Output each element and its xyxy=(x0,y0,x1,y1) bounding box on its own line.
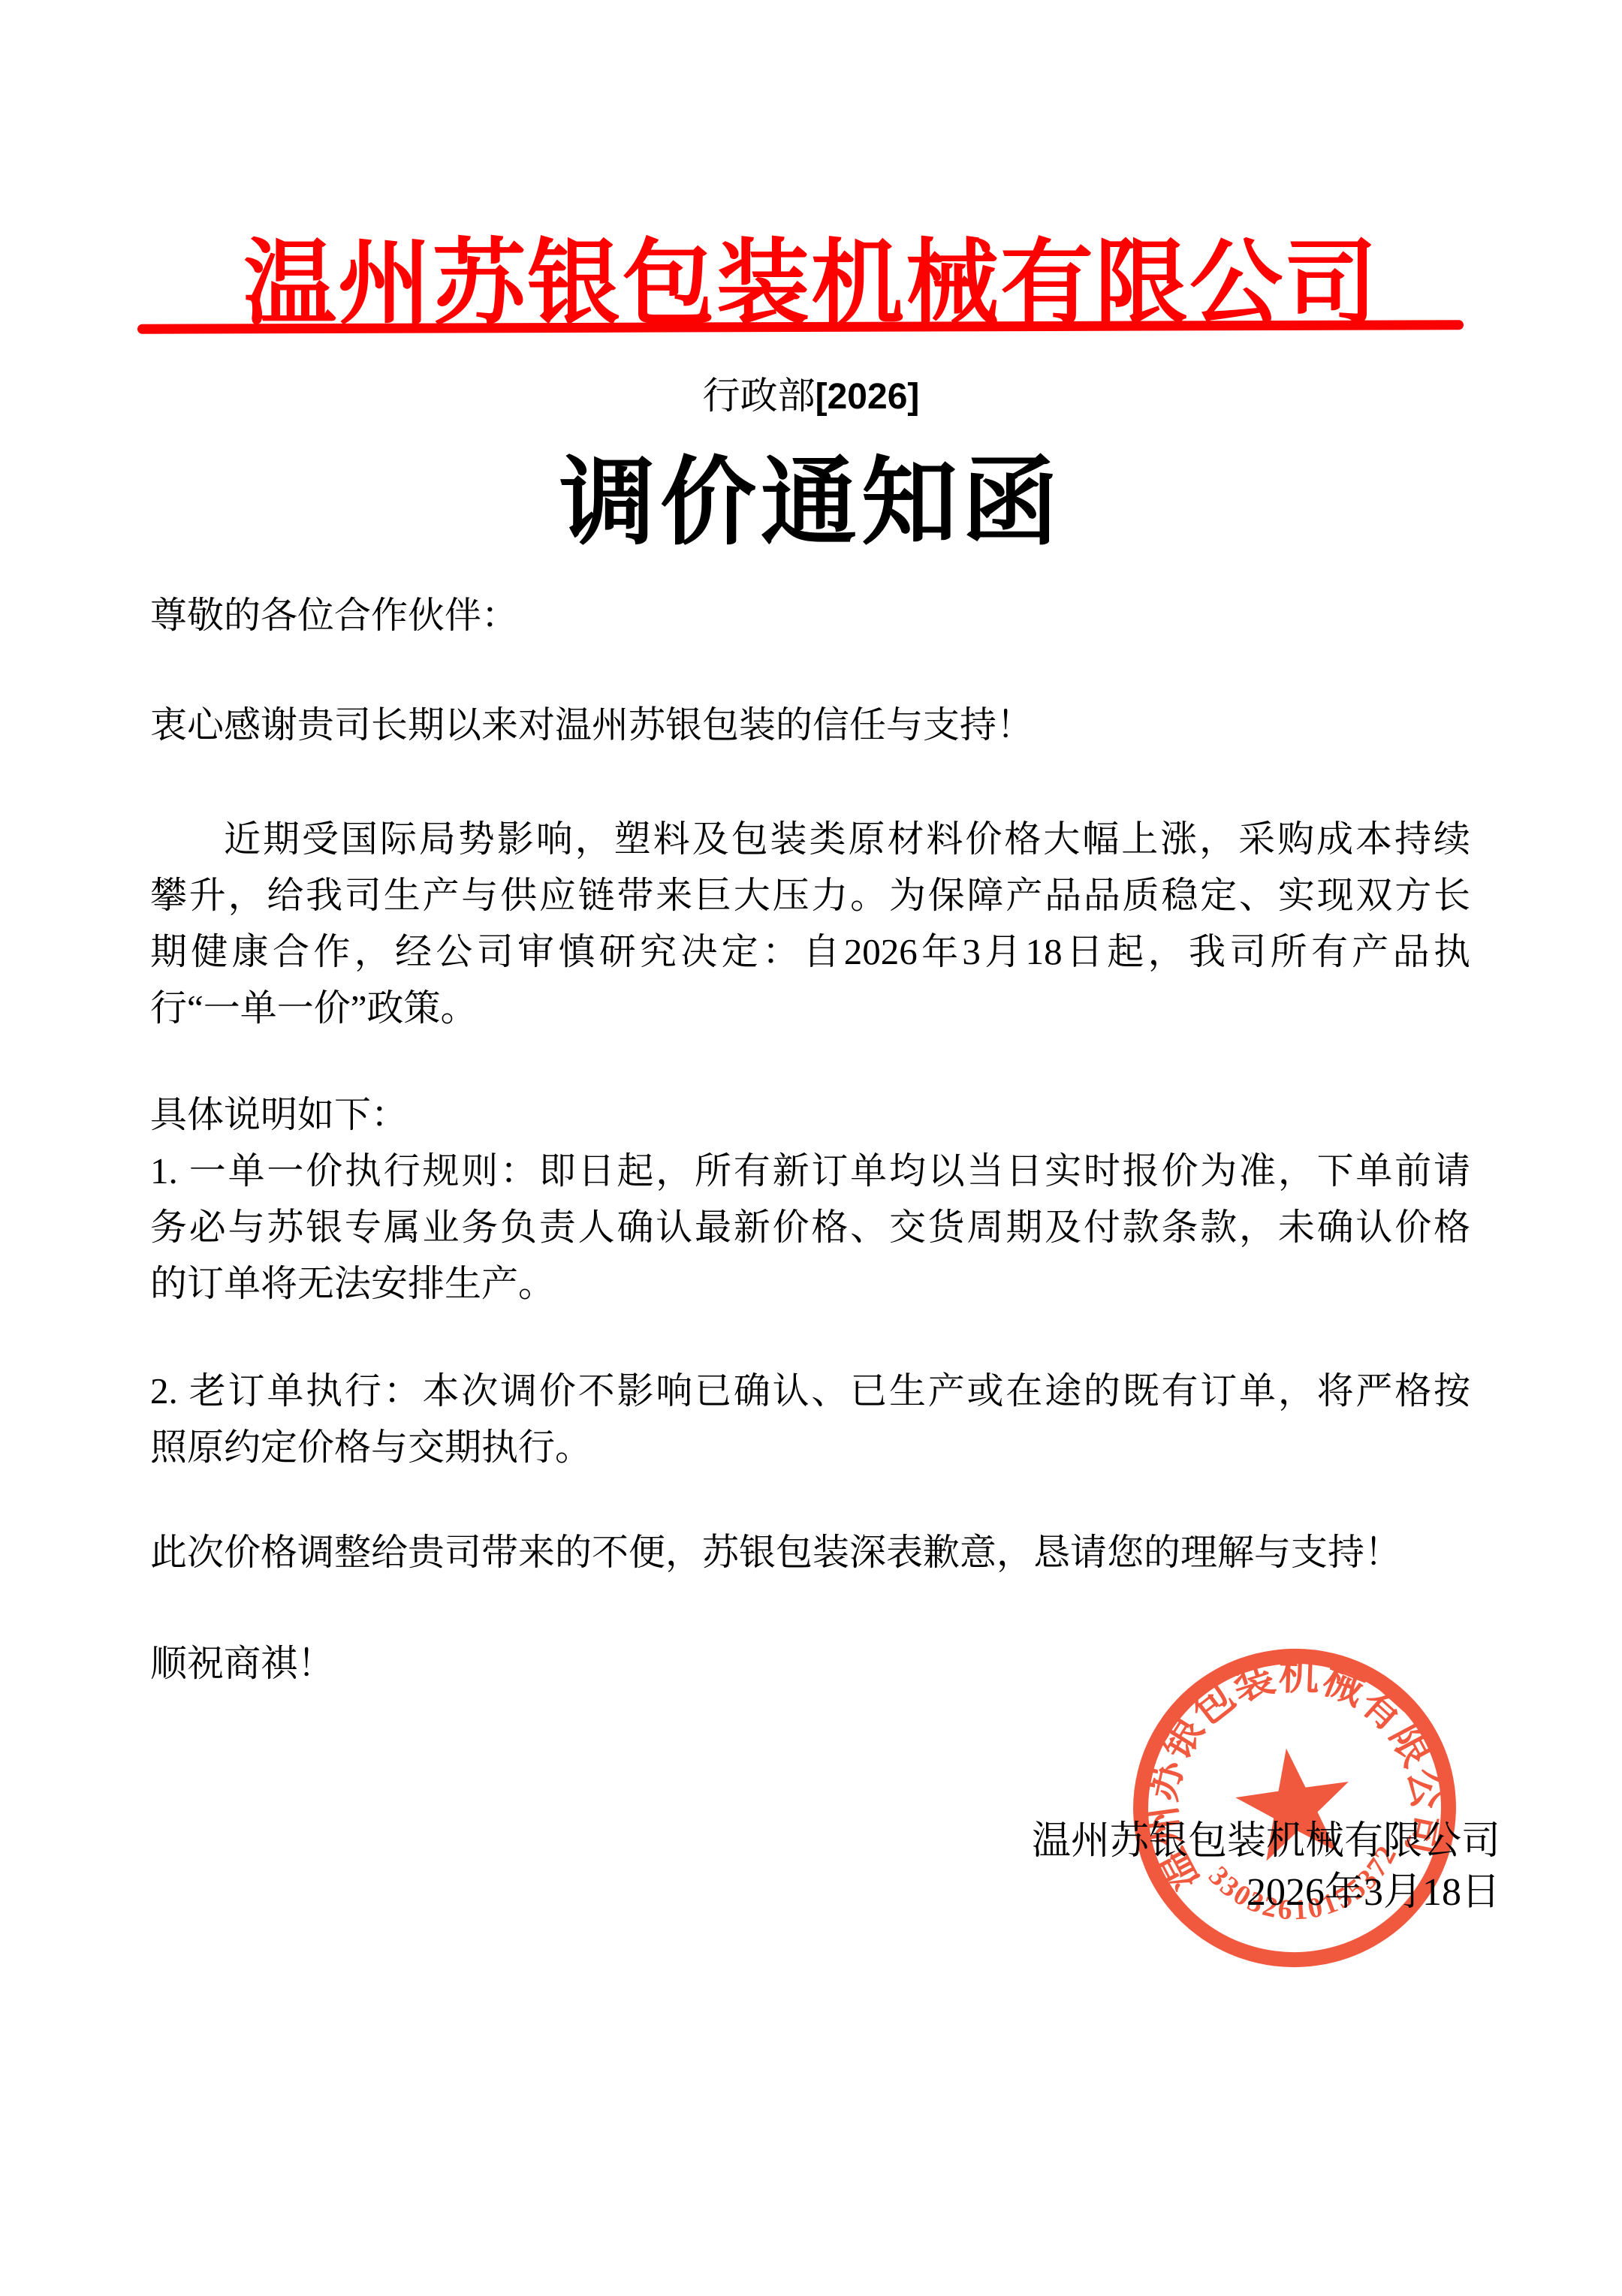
signature-company: 温州苏银包装机械有限公司 xyxy=(1032,1817,1500,1867)
thanks-paragraph: 衷心感谢贵司长期以来对温州苏银包装的信任与支持！ xyxy=(150,697,1470,753)
rule-item-2: 2. 老订单执行：本次调价不影响已确认、已生产或在途的既有订单，将严格按 照原约… xyxy=(150,1363,1470,1475)
salutation-line: 尊敬的各位合作伙伴： xyxy=(150,587,1470,643)
item2-line-2: 照原约定价格与交期执行。 xyxy=(150,1419,1470,1475)
policy-line-3: 期健康合作，经公司审慎研究决定：自2026年3月18日起，我司所有产品执 xyxy=(150,924,1470,980)
thanks-line: 衷心感谢贵司长期以来对温州苏银包装的信任与支持！ xyxy=(150,697,1470,753)
company-seal-stamp: 温州苏银包装机械有限公司 33032610155372 xyxy=(1122,1635,1467,1981)
policy-line-4: 行“一单一价”政策。 xyxy=(150,980,1470,1036)
policy-line-2: 攀升，给我司生产与供应链带来巨大压力。为保障产品品质稳定、实现双方长 xyxy=(150,867,1470,924)
apology-paragraph: 此次价格调整给贵司带来的不便，苏银包装深表歉意，恳请您的理解与支持！ xyxy=(150,1524,1470,1580)
policy-line-1: 近期受国际局势影响，塑料及包装类原材料价格大幅上涨，采购成本持续 xyxy=(150,811,1470,867)
item2-line-1: 2. 老订单执行：本次调价不影响已确认、已生产或在途的既有订单，将严格按 xyxy=(150,1363,1470,1419)
item1-line-1: 1. 一单一价执行规则：即日起，所有新订单均以当日实时报价为准，下单前请 xyxy=(150,1143,1470,1199)
item1-line-2: 务必与苏银专属业务负责人确认最新价格、交货周期及付款条款，未确认价格 xyxy=(150,1199,1470,1255)
details-heading-line: 具体说明如下： xyxy=(150,1086,1470,1143)
item1-line-3: 的订单将无法安排生产。 xyxy=(150,1255,1470,1312)
signature-date: 2026年3月18日 xyxy=(1247,1868,1500,1918)
document-number-issue: [2026] xyxy=(816,377,920,417)
details-heading: 具体说明如下： xyxy=(150,1086,1470,1143)
policy-paragraph: 近期受国际局势影响，塑料及包装类原材料价格大幅上涨，采购成本持续 攀升，给我司生… xyxy=(150,811,1470,1036)
document-number: 行政部[2026] xyxy=(0,366,1622,420)
price-notice-letter: 温州苏银包装机械有限公司 行政部[2026] 调价通知函 尊敬的各位合作伙伴： … xyxy=(0,0,1622,2296)
rule-item-1: 1. 一单一价执行规则：即日起，所有新订单均以当日实时报价为准，下单前请 务必与… xyxy=(150,1143,1470,1312)
document-number-dept: 行政部 xyxy=(703,375,816,417)
apology-line: 此次价格调整给贵司带来的不便，苏银包装深表歉意，恳请您的理解与支持！ xyxy=(150,1524,1470,1580)
salutation: 尊敬的各位合作伙伴： xyxy=(150,587,1470,643)
document-title: 调价通知函 xyxy=(0,425,1622,563)
